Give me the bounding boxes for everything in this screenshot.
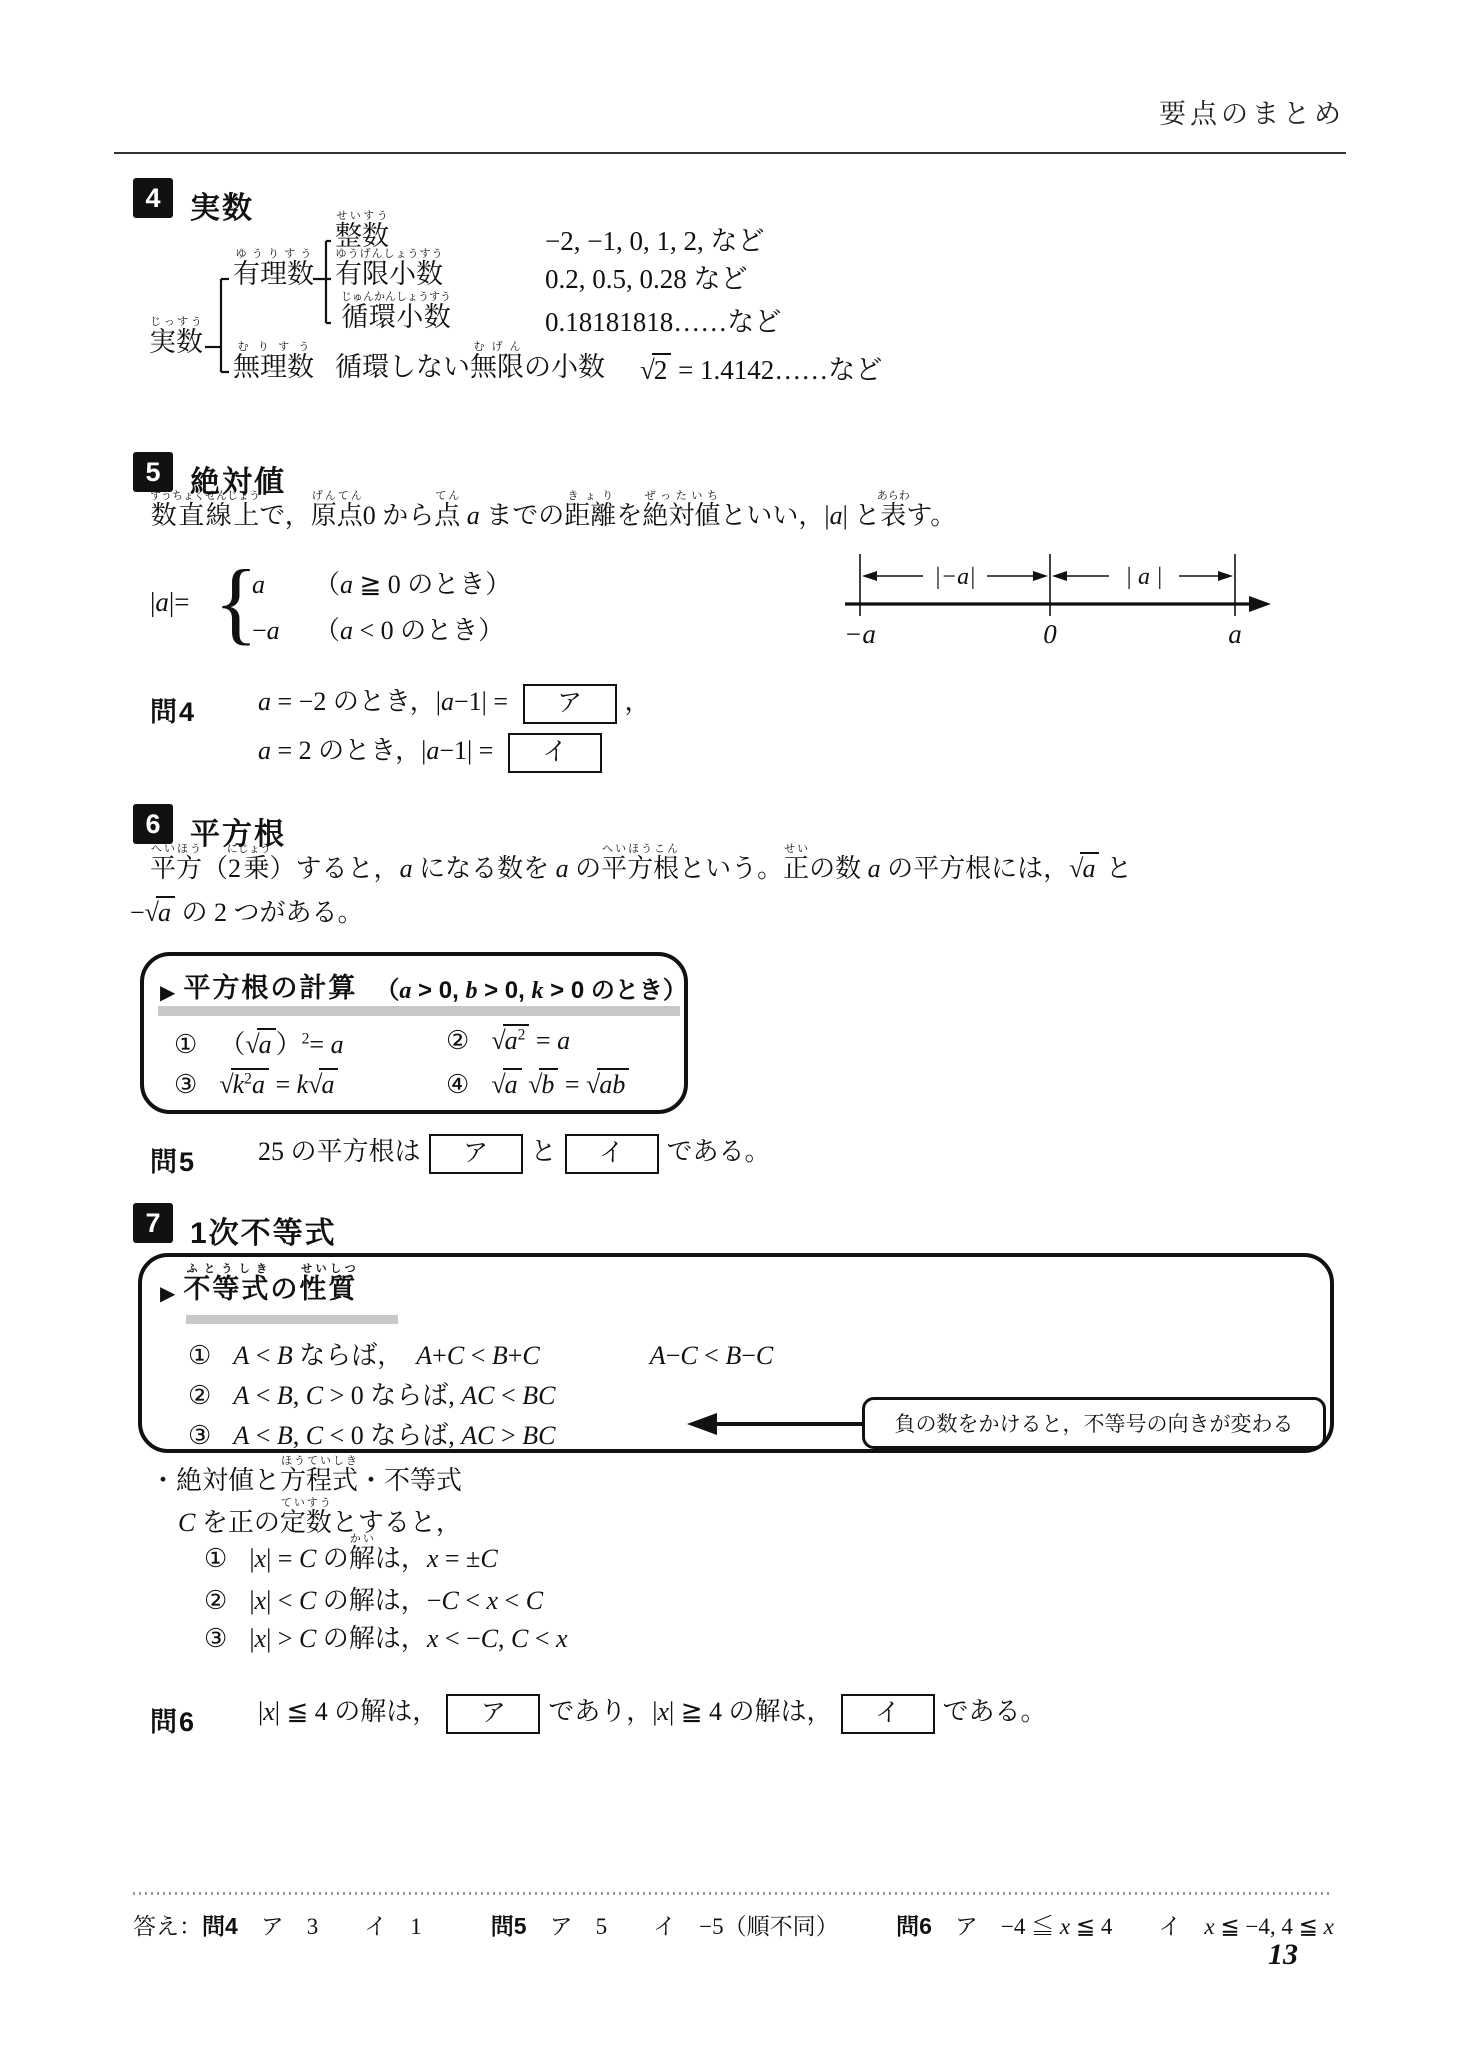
sqrt-rule-2-formula: √a2 = a — [491, 1024, 570, 1056]
circled-number: ③ — [188, 1421, 211, 1451]
tree-node-recurring-decimal: 循環小数じゅんかんしょうすう — [341, 291, 451, 333]
footer-dotted-rule — [133, 1892, 1333, 1895]
circled-number: ④ — [446, 1070, 469, 1100]
answers-line: 答え：問4 ア 3 イ 1 問5 ア 5 イ −5（順不同） 問6 ア −4 ≦… — [133, 1908, 1334, 1941]
tree-example-irrational: √2 = 1.4142……など — [640, 353, 882, 386]
tree-node-irrational: 無理数むりすう — [233, 341, 314, 383]
sqrt-rule-1: ①（√a）2= a — [174, 1024, 344, 1061]
inequality-box-title: 不等式ふとうしきの性質せいしつ — [183, 1263, 357, 1306]
inequality-rule-1: ① A < B ならば， A+C < B+C A−C < B−C — [188, 1335, 773, 1372]
section-7-title: 1次不等式 — [190, 1208, 337, 1252]
question-5-label: 問5 — [150, 1140, 196, 1179]
callout-arrow-line — [714, 1422, 864, 1426]
absolute-value-formula: |a|= { a （a ≧ 0 のとき） −a （a < 0 のとき） — [150, 558, 710, 658]
sqrt-rule-2: ②√a2 = a — [446, 1024, 570, 1056]
abs-case-1: a （a ≧ 0 のとき） — [252, 564, 511, 601]
question-5-line: 25 の平方根はアとイである。 — [258, 1134, 771, 1174]
page-header-title: 要点のまとめ — [1159, 92, 1345, 131]
abs-case-2-condition: （a < 0 のとき） — [314, 610, 504, 647]
abs-case-1-value: a — [252, 570, 314, 600]
abs-case-2-value: −a — [252, 616, 314, 646]
tree-node-integer: 整数せいすう — [335, 210, 389, 252]
section-6-badge: 6 — [133, 804, 173, 844]
abs-formula-lhs: |a|= — [150, 586, 190, 618]
abs-rule-3-formula: |x| > C の解は，x < −C, C < x — [249, 1618, 567, 1655]
textbook-page: { "header": { "title": "要点のまとめ" }, "sec4… — [0, 0, 1465, 2056]
header-rule — [114, 152, 1346, 154]
square-root-intro-line-1: 平方へいほう（2乗にじょう）すると，a になる数を a の平方根へいほうこんとい… — [150, 843, 1132, 886]
section-4-badge: 4 — [133, 178, 173, 218]
square-root-rules-box: ▶ 平方根の計算 （a > 0, b > 0, k > 0 のとき） ①（√a）… — [140, 952, 688, 1114]
sqrt-rule-3-formula: √k2a = k√a — [219, 1068, 338, 1100]
answer-box: ア — [523, 684, 617, 724]
question-6-line: |x| ≦ 4 の解は，アであり，|x| ≧ 4 の解は，イである。 — [258, 1694, 1047, 1734]
absolute-value-intro: 数直線上すうちょくせんじょうで，原点げんてん0 から点てん a までの距離きょり… — [150, 490, 956, 533]
inequality-rule-3-formula: A < B, C < 0 ならば, AC > BC — [233, 1415, 555, 1452]
numline-neg-a-label: −a — [845, 619, 876, 648]
circled-number: ③ — [204, 1624, 227, 1654]
sqrt-rule-4: ④√a √b = √ab — [446, 1068, 629, 1100]
negative-multiplier-callout: 負の数をかけると，不等号の向きが変わる — [862, 1397, 1326, 1449]
tree-node-irrational-desc: 循環しない無限むげんの小数 — [335, 341, 605, 383]
numline-a-label: a — [1228, 619, 1242, 648]
inequality-rules-box: ▶ 不等式ふとうしきの性質せいしつ ① A < B ならば， A+C < B+C… — [138, 1253, 1334, 1453]
answer-box: イ — [841, 1694, 935, 1734]
abs-equation-rule-1: ① |x| = C の解かいは，x = ±C — [204, 1533, 498, 1575]
inequality-rule-2: ② A < B, C > 0 ならば, AC < BC — [188, 1375, 555, 1412]
question-4-label: 問4 — [150, 690, 196, 729]
tree-example-recurring: 0.18181818……など — [545, 306, 781, 338]
page-number: 13 — [1268, 1938, 1298, 1972]
abs-case-1-condition: （a ≧ 0 のとき） — [314, 564, 511, 601]
sqrt-rule-3: ③√k2a = k√a — [174, 1068, 338, 1100]
abs-equation-rule-3: ③ |x| > C の解は，x < −C, C < x — [204, 1618, 568, 1655]
circled-number: ① — [174, 1030, 197, 1060]
circled-number: ② — [188, 1381, 211, 1411]
triangle-bullet-icon: ▶ — [160, 1281, 175, 1306]
square-root-intro-line-2: −√a の 2 つがある。 — [130, 896, 363, 930]
circled-number: ① — [204, 1544, 227, 1574]
sqrt-rule-1-formula: （√a）2= a — [219, 1024, 343, 1061]
sqrt-box-condition: （a > 0, b > 0, k > 0 のとき） — [375, 970, 686, 1005]
answer-box: ア — [429, 1134, 523, 1174]
abs-rule-2-formula: |x| < C の解は，−C < x < C — [249, 1580, 543, 1617]
real-number-tree: 実数じっすう 有理数ゆうりすう 無理数むりすう 整数せいすう 有限小数ゆうげんし… — [145, 216, 1145, 426]
inequality-rule-1b: A−C < B−C — [650, 1341, 773, 1371]
title-highlight-bar — [158, 1006, 680, 1016]
inequality-rule-1a: A < B ならば， A+C < B+C — [233, 1335, 539, 1372]
tree-node-finite-decimal: 有限小数ゆうげんしょうすう — [335, 248, 443, 290]
numline-abs-pos-label: | a | — [1125, 564, 1162, 590]
question-4-line-2: a = 2 のとき，|a−1| = イ — [258, 733, 610, 773]
tree-node-rational: 有理数ゆうりすう — [233, 248, 314, 290]
sqrt-rule-4-formula: √a √b = √ab — [491, 1068, 629, 1100]
abs-case-2: −a （a < 0 のとき） — [252, 610, 504, 647]
title-underline-bar — [186, 1315, 398, 1324]
inequality-rule-3: ③ A < B, C < 0 ならば, AC > BC — [188, 1415, 555, 1452]
abs-equation-heading: ・絶対値と方程式ほうていしき・不等式 — [150, 1455, 462, 1498]
tree-example-integer: −2, −1, 0, 1, 2, など — [545, 225, 764, 257]
question-4-line-1: a = −2 のとき，|a−1| = ア， — [258, 684, 651, 724]
circled-number: ① — [188, 1341, 211, 1371]
tree-example-finite: 0.2, 0.5, 0.28 など — [545, 263, 748, 295]
numline-abs-neg-label: |−a| — [934, 564, 975, 590]
circled-number: ② — [204, 1586, 227, 1616]
abs-rule-1-formula: |x| = C の解かいは，x = ±C — [249, 1533, 497, 1575]
abs-equation-rule-2: ② |x| < C の解は，−C < x < C — [204, 1580, 543, 1617]
tree-node-real: 実数じっすう — [149, 316, 203, 358]
sqrt-box-title: 平方根の計算 — [183, 966, 357, 1005]
circled-number: ③ — [174, 1070, 197, 1100]
answer-box: ア — [446, 1694, 540, 1734]
circled-number: ② — [446, 1026, 469, 1056]
section-7-badge: 7 — [133, 1203, 173, 1243]
answer-box: イ — [565, 1134, 659, 1174]
number-line-diagram: |−a| | a | −a 0 a — [845, 540, 1275, 648]
callout-arrow-head — [687, 1413, 717, 1435]
question-6-label: 問6 — [150, 1700, 196, 1739]
inequality-rule-2-formula: A < B, C > 0 ならば, AC < BC — [233, 1375, 555, 1412]
triangle-bullet-icon: ▶ — [160, 980, 175, 1005]
section-5-badge: 5 — [133, 452, 173, 492]
answer-box: イ — [508, 733, 602, 773]
numline-zero-label: 0 — [1043, 619, 1057, 648]
